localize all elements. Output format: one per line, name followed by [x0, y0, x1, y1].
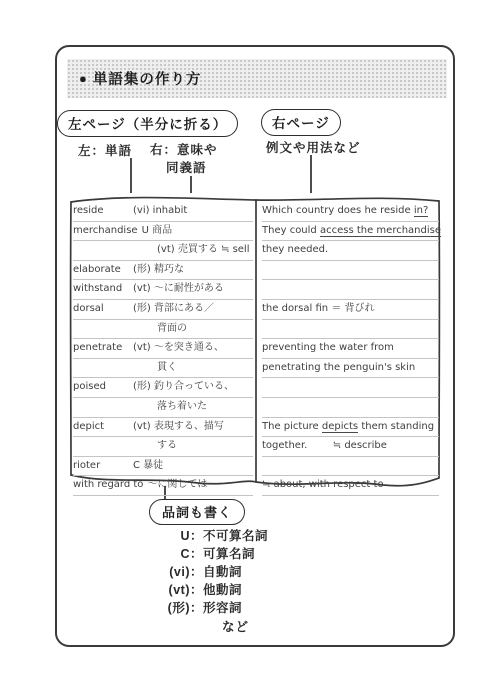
leader-line-word: [130, 158, 132, 193]
table-row: with regard to～に関しては: [73, 476, 253, 496]
entry-word: dorsal: [73, 300, 133, 318]
right-column-rows: Which country does he reside in?They cou…: [262, 202, 439, 496]
bullet-icon: ●: [79, 71, 87, 86]
caption-left-meaning-1: 右：意味や: [150, 140, 218, 158]
entry-meaning: (形) 釣り合っている、: [133, 381, 234, 392]
entry-meaning: 貫く: [133, 362, 177, 373]
pos-note-label: 品詞も書く: [149, 499, 245, 525]
example-row: They could access the merchandise: [262, 222, 439, 242]
entry-word: merchandise: [73, 222, 142, 240]
pos-label: 自動詞: [203, 563, 242, 581]
section-header: ● 単語集の作り方: [67, 59, 447, 98]
entry-meaning: 落ち着いた: [133, 401, 207, 412]
entry-meaning: ～に関しては: [147, 479, 207, 490]
caption-left-word: 左：単語: [78, 141, 132, 159]
caption-right-examples: 例文や用法など: [266, 138, 361, 156]
example-row: the dorsal fin ＝ 背びれ: [262, 300, 439, 320]
table-row: (vt) 売買する ≒ sell: [73, 241, 253, 261]
example-row: [262, 320, 439, 340]
table-row: dorsal(形) 背部にある／: [73, 300, 253, 320]
table-row: depict(vt) 表現する、描写: [73, 418, 253, 438]
example-row: [262, 378, 439, 398]
entry-meaning: C 暴徒: [133, 460, 163, 471]
entry-word: with regard to: [73, 476, 147, 494]
example-row: they needed.: [262, 241, 439, 261]
entry-word: poised: [73, 378, 133, 396]
example-row: Which country does he reside in?: [262, 202, 439, 222]
pos-label: 可算名詞: [203, 545, 255, 563]
pos-separator: ：: [190, 581, 203, 599]
pos-item: C：可算名詞: [150, 545, 268, 563]
example-text: they needed.: [262, 244, 328, 255]
caption-left-meaning-2: 同義語: [166, 158, 207, 176]
pos-separator: ：: [190, 563, 203, 581]
vocab-table: reside(vi) inhabitmerchandiseU 商品(vt) 売買…: [68, 191, 442, 491]
entry-meaning: (vt) ～を突き通る、: [133, 342, 224, 353]
table-row: reside(vi) inhabit: [73, 202, 253, 222]
example-text: Which country does he reside: [262, 205, 414, 216]
entry-word: rioter: [73, 457, 133, 475]
entry-meaning: (形) 背部にある／: [133, 303, 214, 314]
table-row: 背面の: [73, 320, 253, 340]
example-row: [262, 280, 439, 300]
entry-word: withstand: [73, 280, 133, 298]
example-text: them standing: [358, 421, 434, 432]
underlined-word: depicts: [322, 421, 358, 433]
pos-item: (vi)：自動詞: [150, 563, 268, 581]
pos-label: 他動詞: [203, 581, 242, 599]
example-text: The picture: [262, 421, 322, 432]
example-row: [262, 457, 439, 477]
underlined-word: access the merchandise: [320, 225, 441, 237]
example-row: [262, 261, 439, 281]
entry-meaning: (vt) 表現する、描写: [133, 421, 224, 432]
pos-etc: など: [222, 617, 249, 635]
pos-item: (形)：形容詞: [150, 599, 268, 617]
pos-abbr: (形): [150, 599, 190, 617]
entry-word: reside: [73, 202, 133, 220]
entry-meaning: (vt) ～に耐性がある: [133, 283, 224, 294]
entry-meaning: (形) 精巧な: [133, 264, 184, 275]
example-text: They could: [262, 225, 320, 236]
left-column-rows: reside(vi) inhabitmerchandiseU 商品(vt) 売買…: [73, 202, 253, 496]
table-row: penetrate(vt) ～を突き通る、: [73, 339, 253, 359]
table-row: elaborate(形) 精巧な: [73, 261, 253, 281]
entry-word: depict: [73, 418, 133, 436]
pos-abbr: (vi): [150, 563, 190, 581]
pos-separator: ：: [190, 527, 203, 545]
pos-label: 不可算名詞: [203, 527, 268, 545]
table-row: poised(形) 釣り合っている、: [73, 378, 253, 398]
example-text: together. ≒ describe: [262, 440, 387, 451]
pos-list: U：不可算名詞C：可算名詞(vi)：自動詞(vt)：他動詞(形)：形容詞: [150, 527, 268, 617]
pos-separator: ：: [190, 599, 203, 617]
table-row: merchandiseU 商品: [73, 222, 253, 242]
pos-separator: ：: [190, 545, 203, 563]
entry-meaning: (vt) 売買する ≒ sell: [133, 244, 250, 255]
right-page-label: 右ページ: [261, 109, 341, 136]
table-row: 貫く: [73, 359, 253, 379]
pos-abbr: U: [150, 527, 190, 545]
example-row: preventing the water from: [262, 339, 439, 359]
example-row: penetrating the penguin's skin: [262, 359, 439, 379]
pos-item: U：不可算名詞: [150, 527, 268, 545]
scanned-notebook-page: ● 単語集の作り方 左ページ（半分に折る） 右ページ 左：単語 右：意味や 同義…: [0, 0, 503, 675]
entry-meaning: する: [133, 440, 177, 451]
left-page-label: 左ページ（半分に折る）: [57, 110, 238, 137]
pos-label: 形容詞: [203, 599, 242, 617]
table-row: withstand(vt) ～に耐性がある: [73, 280, 253, 300]
table-row: 落ち着いた: [73, 398, 253, 418]
entry-meaning: (vi) inhabit: [133, 205, 187, 216]
pos-abbr: C: [150, 545, 190, 563]
leader-line-examples: [310, 155, 312, 193]
table-row: rioterC 暴徒: [73, 457, 253, 477]
example-text: penetrating the penguin's skin: [262, 362, 415, 373]
example-row: ≒ about, with respect to: [262, 476, 439, 496]
entry-meaning: U 商品: [142, 225, 173, 236]
example-text: ≒ about, with respect to: [262, 479, 384, 490]
pos-item: (vt)：他動詞: [150, 581, 268, 599]
example-text: preventing the water from: [262, 342, 394, 353]
example-row: The picture depicts them standing: [262, 418, 439, 438]
underlined-word: in?: [414, 205, 428, 217]
page-title: 単語集の作り方: [93, 68, 202, 89]
example-row: [262, 398, 439, 418]
example-row: together. ≒ describe: [262, 437, 439, 457]
table-row: する: [73, 437, 253, 457]
entry-word: elaborate: [73, 261, 133, 279]
entry-word: penetrate: [73, 339, 133, 357]
example-text: the dorsal fin ＝ 背びれ: [262, 303, 374, 314]
pos-abbr: (vt): [150, 581, 190, 599]
entry-meaning: 背面の: [133, 323, 187, 334]
